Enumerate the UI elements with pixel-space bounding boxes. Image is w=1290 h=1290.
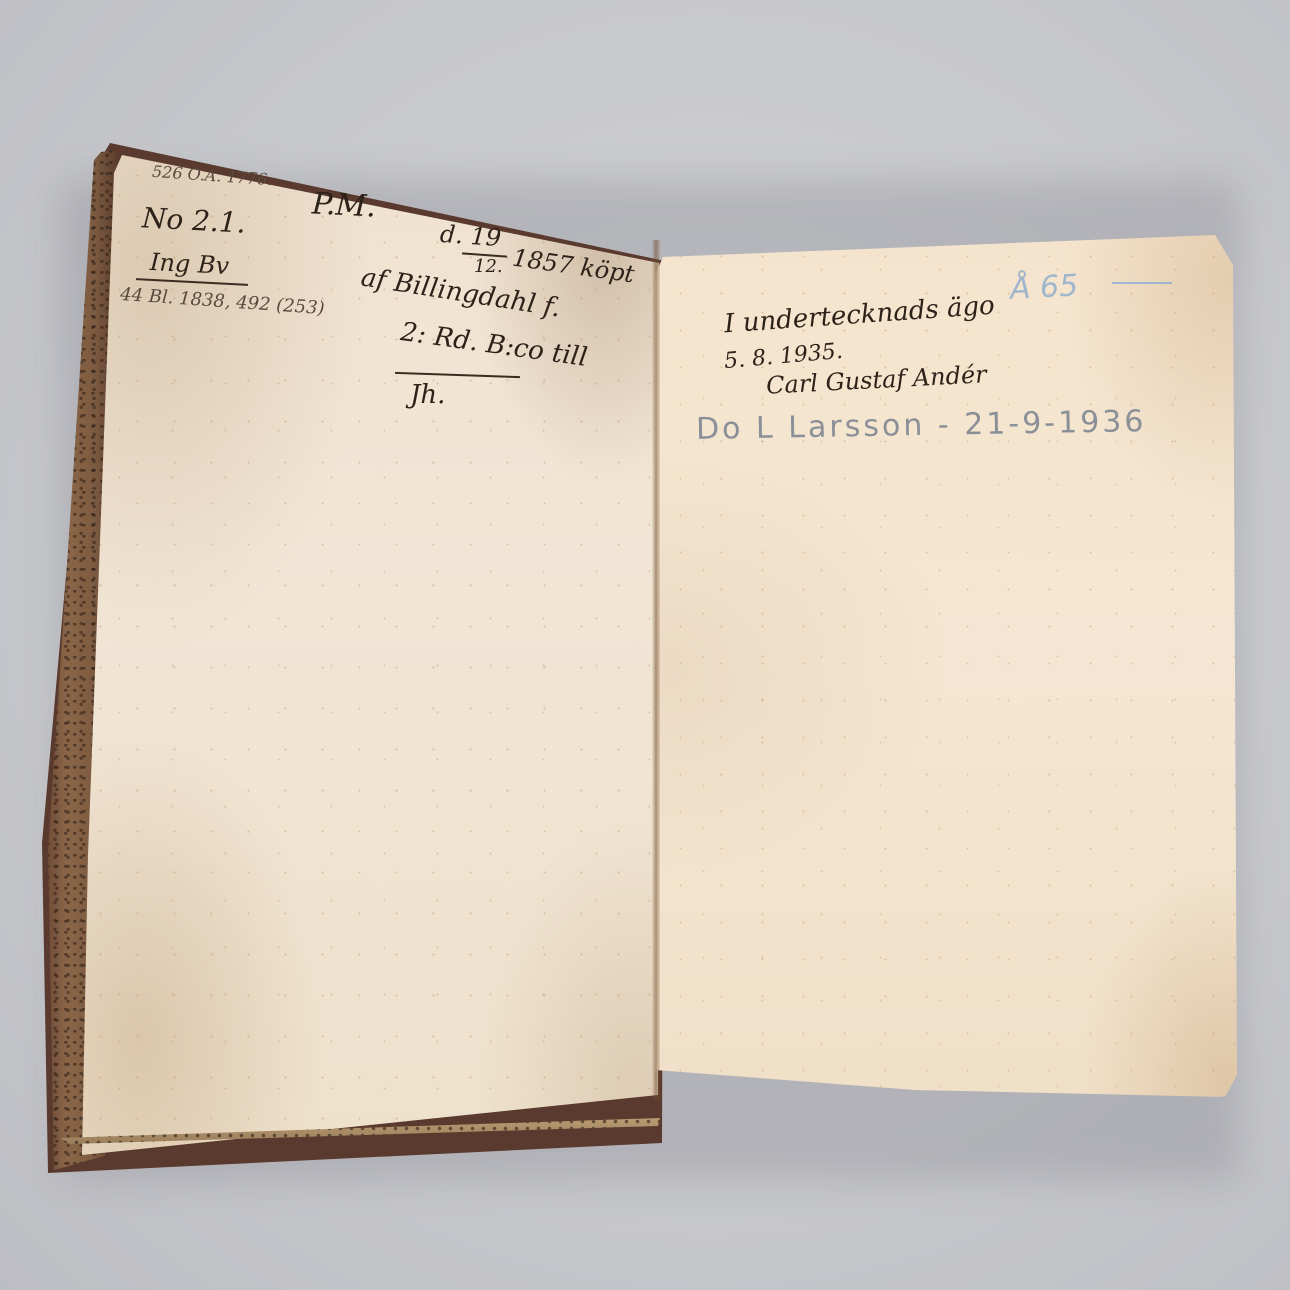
monogram-inscription: P.M. [311,186,377,224]
book-gutter [652,240,660,1100]
photo-scene: 526 O.A. 1776. No 2.1. Ing Bv 44 Bl. 183… [0,0,1290,1290]
number-inscription: No 2.1. [141,201,246,239]
blue-pencil-stroke [1112,282,1172,284]
date-day-inscription: d. 19 [439,220,502,252]
initials-inscription: Ing Bv [149,248,229,280]
blue-pencil-mark: Å 65 [1009,268,1079,307]
signature-inscription: Jh. [410,380,445,410]
date-month-inscription: 12. [474,256,503,277]
